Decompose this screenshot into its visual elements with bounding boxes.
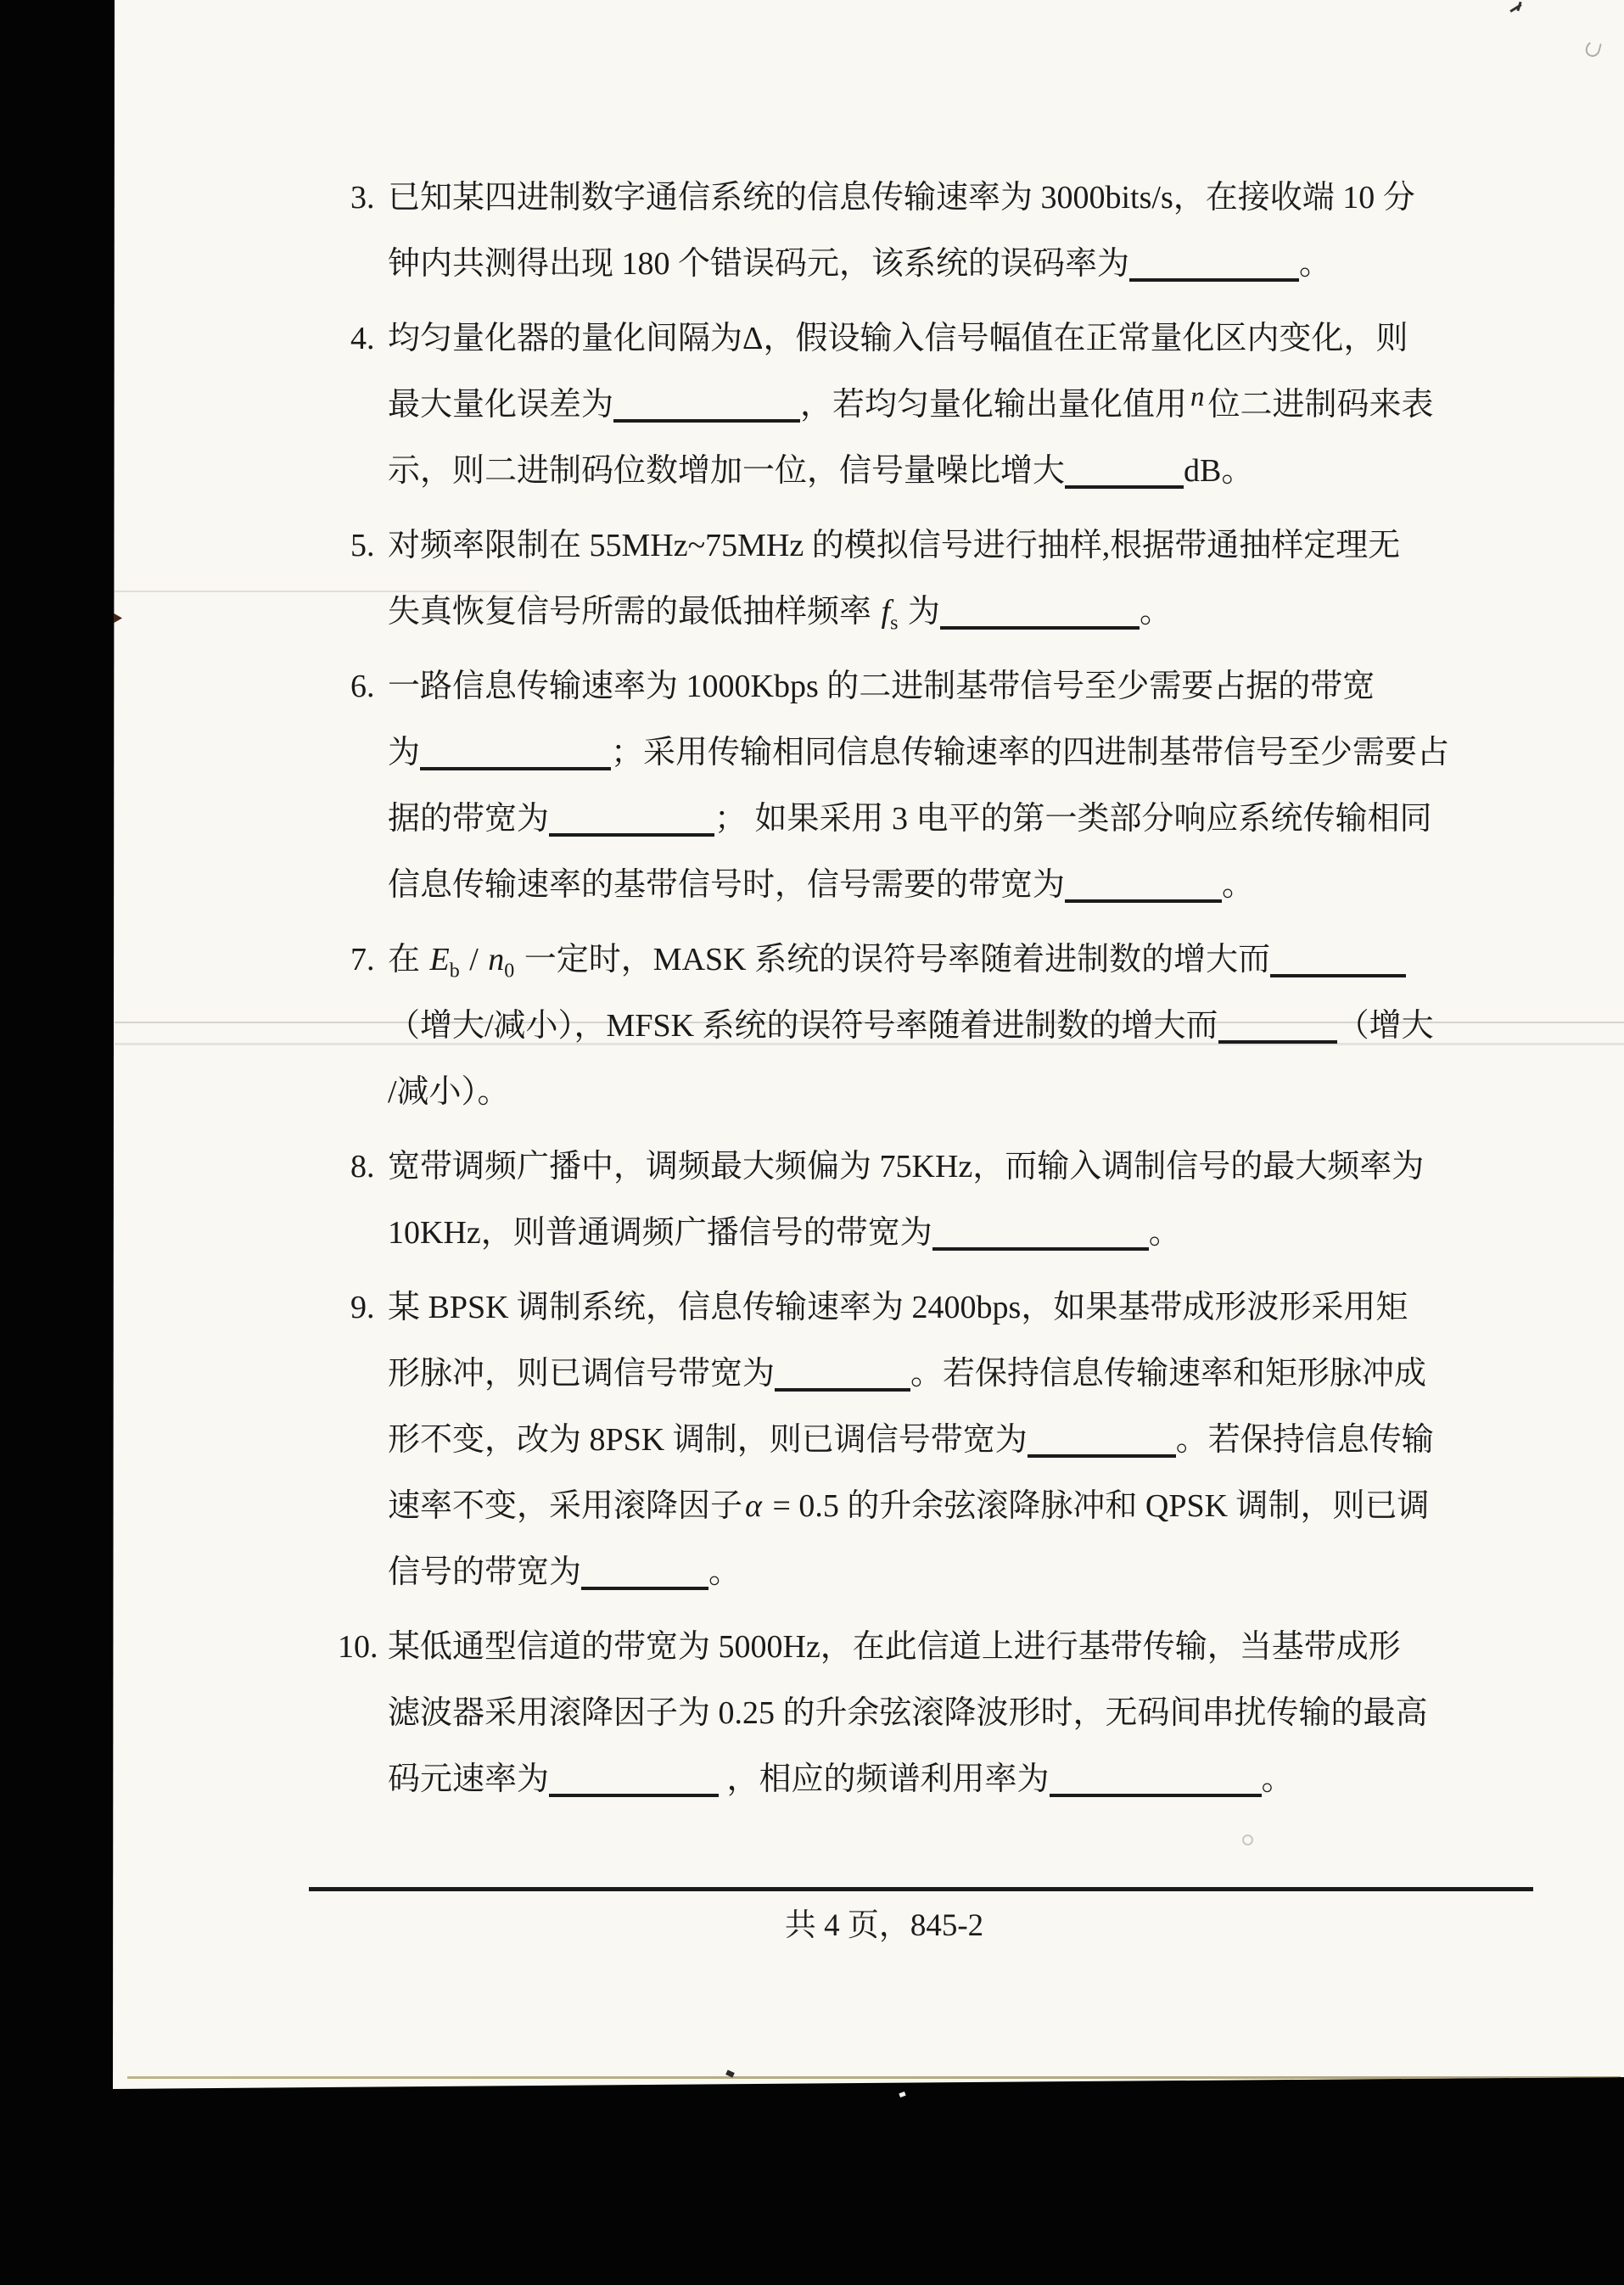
question-block: 10.某低通型信道的带宽为 5000Hz，在此信道上进行基带传输，当基带成形滤波…: [115, 1614, 1624, 1812]
question-block: 5.对频率限制在 55MHz~75MHz 的模拟信号进行抽样,根据带通抽样定理无…: [115, 512, 1624, 645]
question-line: 形脉冲，则已调信号带宽为。若保持信息传输速率和矩形脉冲成: [388, 1341, 1624, 1407]
answer-blank: [1065, 477, 1184, 489]
question-line: 8.宽带调频广播中，调频最大频偏为 75KHz，而输入调制信号的最大频率为: [388, 1134, 1624, 1200]
answer-blank: [1270, 966, 1406, 977]
scan-edge-tint: [127, 2076, 1621, 2079]
question-line: 10.某低通型信道的带宽为 5000Hz，在此信道上进行基带传输，当基带成形: [388, 1614, 1624, 1680]
math-superscript: n: [1187, 382, 1208, 412]
math-symbol: α: [742, 1488, 764, 1524]
footer-divider: [309, 1887, 1533, 1891]
question-number: 9.: [350, 1274, 375, 1341]
question-line: 速率不变，采用滚降因子α = 0.5 的升余弦滚降脉冲和 QPSK 调制，则已调: [388, 1473, 1624, 1539]
question-number: 10.: [338, 1614, 378, 1680]
question-line: /减小）。: [388, 1059, 1624, 1125]
question-line: 为；采用传输相同信息传输速率的四进制基带信号至少需要占: [388, 720, 1624, 786]
question-line: 码元速率为 ，相应的频谱利用率为。: [388, 1746, 1624, 1812]
answer-blank: [420, 759, 611, 770]
question-number: 7.: [350, 927, 375, 993]
question-block: 9.某 BPSK 调制系统，信息传输速率为 2400bps，如果基带成形波形采用…: [115, 1274, 1624, 1605]
question-number: 8.: [350, 1134, 375, 1200]
question-block: 7.在 Eb / n0 一定时，MASK 系统的误符号率随着进制数的增大而（增大…: [115, 927, 1624, 1125]
math-variable: fs: [880, 594, 900, 630]
scan-artifact-squiggle: [1584, 39, 1602, 59]
answer-blank: [1129, 270, 1299, 282]
scan-background: 3.已知某四进制数字通信系统的信息传输速率为 3000bits/s，在接收端 1…: [0, 0, 1624, 2285]
question-line: 形不变，改为 8PSK 调制，则已调信号带宽为。若保持信息传输: [388, 1407, 1624, 1473]
question-line: 示，则二进制码位数增加一位，信号量噪比增大dB。: [388, 438, 1624, 504]
question-line: 10KHz，则普通调频广播信号的带宽为。: [388, 1200, 1624, 1266]
question-line: 滤波器采用滚降因子为 0.25 的升余弦滚降波形时，无码间串扰传输的最高: [388, 1680, 1624, 1746]
scan-artifact-mark: [1516, 2, 1521, 11]
question-line: 3.已知某四进制数字通信系统的信息传输速率为 3000bits/s，在接收端 1…: [388, 165, 1624, 231]
question-block: 6.一路信息传输速率为 1000Kbps 的二进制基带信号至少需要占据的带宽为；…: [115, 653, 1624, 918]
question-line: （增大/减小），MFSK 系统的误符号率随着进制数的增大而（增大: [388, 993, 1624, 1059]
question-block: 4.均匀量化器的量化间隔为Δ，假设输入信号幅值在正常量化区内变化，则最大量化误差…: [115, 305, 1624, 504]
question-line: 最大量化误差为，若均匀量化输出量化值用n位二进制码来表: [388, 372, 1624, 438]
question-line: 钟内共测得出现 180 个错误码元，该系统的误码率为。: [388, 231, 1624, 297]
answer-blank: [549, 825, 714, 837]
question-number: 5.: [350, 512, 375, 579]
question-line: 7.在 Eb / n0 一定时，MASK 系统的误符号率随着进制数的增大而: [388, 927, 1624, 993]
question-line: 信号的带宽为。: [388, 1539, 1624, 1605]
answer-blank: [775, 1380, 910, 1392]
answer-blank: [940, 618, 1140, 630]
answer-blank: [1065, 891, 1222, 903]
question-line: 4.均匀量化器的量化间隔为Δ，假设输入信号幅值在正常量化区内变化，则: [388, 305, 1624, 372]
scan-artifact-dot: [899, 2092, 905, 2097]
question-number: 4.: [350, 305, 375, 372]
answer-blank: [932, 1239, 1149, 1251]
math-variable: n0: [486, 942, 516, 977]
question-number: 6.: [350, 653, 375, 720]
math-variable: Eb: [428, 942, 462, 977]
scan-artifact-ring: [1242, 1834, 1253, 1845]
questions-area: 3.已知某四进制数字通信系统的信息传输速率为 3000bits/s，在接收端 1…: [115, 165, 1624, 1821]
question-number: 3.: [350, 165, 375, 231]
answer-blank: [1050, 1785, 1262, 1797]
answer-blank: [1028, 1446, 1176, 1458]
answer-blank: [581, 1578, 708, 1590]
question-line: 据的带宽为； 如果采用 3 电平的第一类部分响应系统传输相同: [388, 786, 1624, 852]
question-line: 5.对频率限制在 55MHz~75MHz 的模拟信号进行抽样,根据带通抽样定理无: [388, 512, 1624, 579]
page-number-label: 共 4 页，845-2: [785, 1908, 983, 1943]
question-line: 信息传输速率的基带信号时，信号需要的带宽为。: [388, 852, 1624, 918]
answer-blank: [613, 411, 800, 423]
question-line: 6.一路信息传输速率为 1000Kbps 的二进制基带信号至少需要占据的带宽: [388, 653, 1624, 720]
question-line: 9.某 BPSK 调制系统，信息传输速率为 2400bps，如果基带成形波形采用…: [388, 1274, 1624, 1341]
question-block: 3.已知某四进制数字通信系统的信息传输速率为 3000bits/s，在接收端 1…: [115, 165, 1624, 297]
question-line: 失真恢复信号所需的最低抽样频率 fs 为。: [388, 579, 1624, 645]
exam-page: 3.已知某四进制数字通信系统的信息传输速率为 3000bits/s，在接收端 1…: [0, 0, 1624, 2285]
answer-blank: [1218, 1032, 1337, 1044]
question-block: 8.宽带调频广播中，调频最大频偏为 75KHz，而输入调制信号的最大频率为10K…: [115, 1134, 1624, 1266]
page-footer: 共 4 页，845-2: [144, 1901, 1624, 1952]
answer-blank: [549, 1785, 719, 1797]
